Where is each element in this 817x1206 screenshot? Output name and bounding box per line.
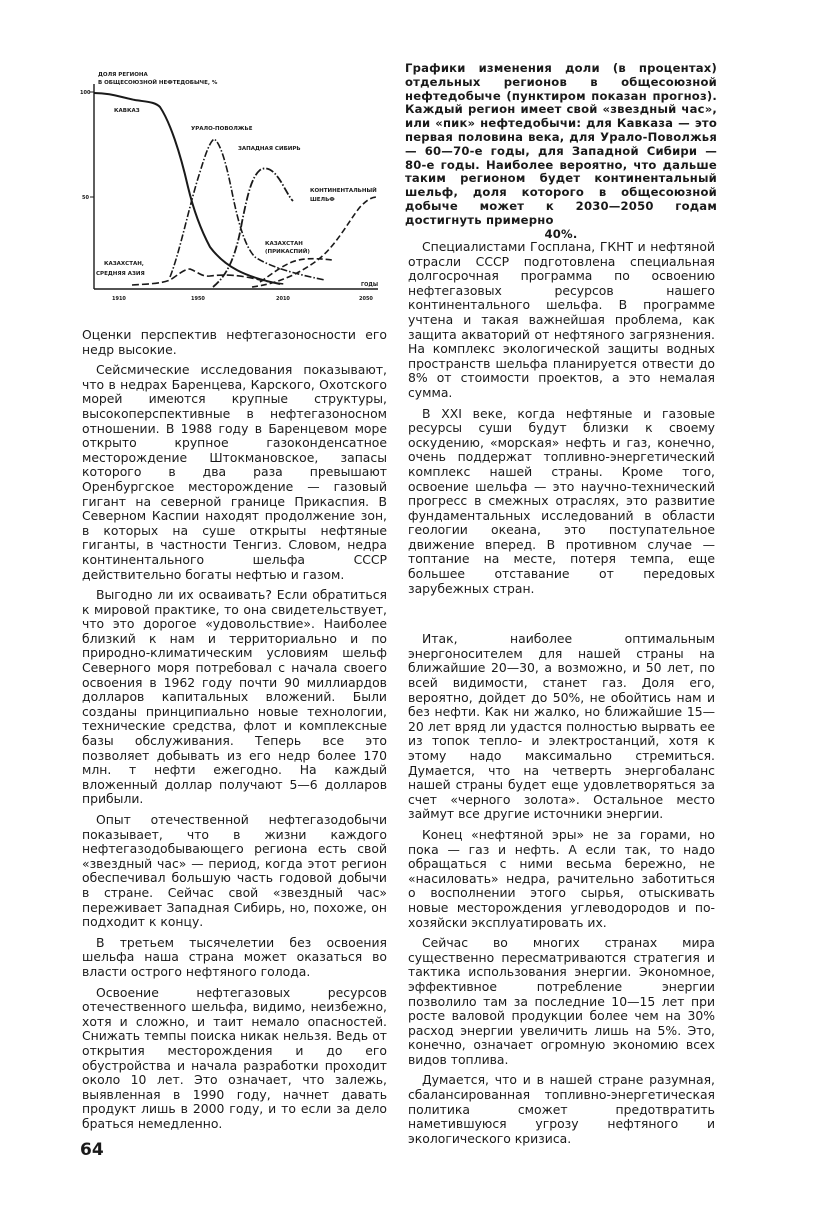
label-shelf-1: КОНТИНЕНТАЛЬНЫЙ [310, 186, 377, 194]
left-paragraph-1: Сейсмические исследования показывают, чт… [82, 363, 387, 582]
right-column: Специалистами Госплана, ГКНТ и нефтяной … [408, 240, 715, 1152]
right-paragraph-3: Итак, наиболее оптимальным энергоносител… [408, 632, 715, 822]
left-column: Оценки перспектив нефтегазоносности его … [82, 328, 387, 1137]
label-ural: УРАЛО-ПОВОЛЖЬЕ [191, 126, 253, 132]
x-tick-2010: 2010 [276, 296, 290, 302]
right-paragraph-1: Специалистами Госплана, ГКНТ и нефтяной … [408, 240, 715, 401]
left-paragraph-4: В третьем тысячелетии без освоения шельф… [82, 936, 387, 980]
section-gap [408, 602, 715, 632]
label-west-siberia: ЗАПАДНАЯ СИБИРЬ [238, 146, 301, 152]
right-paragraph-4: Конец «нефтяной эры» не за горами, но по… [408, 828, 715, 930]
label-kaz-1: КАЗАХСТАН, [104, 261, 144, 267]
label-shelf-2: ШЕЛЬФ [310, 197, 335, 203]
left-paragraph-0: Оценки перспектив нефтегазоносности его … [82, 328, 387, 357]
y-axis-label-1: ДОЛЯ РЕГИОНА [98, 72, 148, 78]
label-kavkaz: КАВКАЗ [114, 108, 140, 114]
label-kaz-2: СРЕДНЯЯ АЗИЯ [96, 271, 145, 277]
x-tick-2050: 2050 [359, 296, 373, 302]
x-tick-1950: 1950 [191, 296, 205, 302]
series-kazakhstan-central-asia [132, 269, 286, 285]
left-paragraph-5: Освоение нефтегазовых ресурсов отечестве… [82, 986, 387, 1132]
y-axis-label-2: В ОБЩЕСОЮЗНОЙ НЕФТЕДОБЫЧЕ, % [98, 78, 218, 86]
series-kavkaz [94, 93, 280, 284]
right-paragraph-6: Думается, что и в нашей стране разумная,… [408, 1073, 715, 1146]
left-paragraph-2: Выгодно ли их осваивать? Если обратиться… [82, 588, 387, 807]
y-tick-50: 50 [82, 195, 89, 201]
page-number: 64 [80, 1140, 104, 1160]
oil-share-chart: 100 50 ДОЛЯ РЕГИОНА В ОБЩЕСОЮЗНОЙ НЕФТЕД… [80, 62, 380, 312]
left-paragraph-3: Опыт отечественной нефтегазодобычи показ… [82, 813, 387, 930]
x-axis-label: ГОДЫ [361, 282, 378, 288]
x-tick-1910: 1910 [112, 296, 126, 302]
label-kazp-2: (ПРИКАСПИЙ) [265, 247, 310, 255]
label-kazp-1: КАЗАХСТАН [265, 241, 303, 247]
chart-svg: 100 50 ДОЛЯ РЕГИОНА В ОБЩЕСОЮЗНОЙ НЕФТЕД… [80, 62, 380, 312]
chart-caption: Графики изменения доли (в процентах) отд… [405, 62, 717, 241]
right-paragraph-5: Сейчас во многих странах мира существенн… [408, 936, 715, 1067]
caption-text: Графики изменения доли (в процентах) отд… [405, 61, 717, 227]
y-tick-100: 100 [80, 90, 91, 96]
right-paragraph-2: В XXI веке, когда нефтяные и газовые рес… [408, 407, 715, 597]
